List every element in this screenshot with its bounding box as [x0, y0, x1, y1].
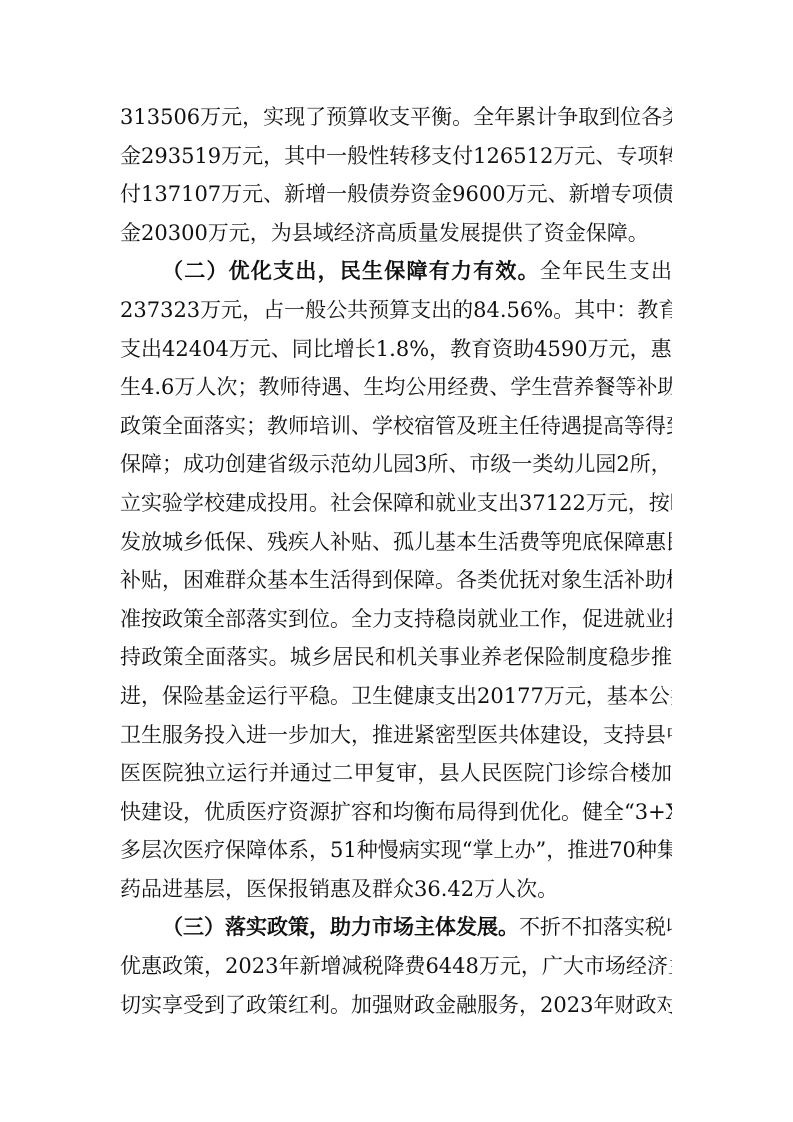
paragraph-line: 优惠政策，2023年新增减税降费6448万元，广大市场经济主体	[120, 947, 672, 986]
section-heading-line: （二）优化支出，民生保障有力有效。全年民生支出	[120, 252, 672, 291]
paragraph-line: 发放城乡低保、残疾人补贴、孤儿基本生活费等兜底保障惠民	[120, 523, 672, 562]
paragraph-line: 金293519万元，其中一般性转移支付126512万元、专项转移支	[120, 137, 672, 176]
paragraph-line: 237323万元，占一般公共预算支出的84.56%。其中：教育事业	[120, 291, 672, 330]
paragraph-line: 进，保险基金运行平稳。卫生健康支出20177万元，基本公共	[120, 677, 672, 716]
paragraph-line: 准按政策全部落实到位。全力支持稳岗就业工作，促进就业扶	[120, 600, 672, 639]
paragraph-text: 不折不扣落实税收	[519, 915, 672, 939]
paragraph-line: 支出42404万元、同比增长1.8%，教育资助4590万元，惠及学	[120, 330, 672, 369]
paragraph-line: 药品进基层，医保报销惠及群众36.42万人次。	[120, 870, 672, 909]
paragraph-line: 持政策全面落实。城乡居民和机关事业养老保险制度稳步推	[120, 638, 672, 677]
section-heading: （三）落实政策，助力市场主体发展。	[162, 914, 519, 939]
section-heading: （二）优化支出，民生保障有力有效。	[162, 258, 540, 283]
paragraph-line: 医医院独立运行并通过二甲复审，县人民医院门诊综合楼加	[120, 754, 672, 793]
paragraph-line: 金20300万元，为县域经济高质量发展提供了资金保障。	[120, 214, 672, 253]
document-page: 313506万元，实现了预算收支平衡。全年累计争取到位各类资 金293519万元…	[120, 98, 672, 1024]
paragraph-line: 快建设，优质医疗资源扩容和均衡布局得到优化。健全“3+X”	[120, 793, 672, 832]
paragraph-line: 313506万元，实现了预算收支平衡。全年累计争取到位各类资	[120, 98, 672, 137]
paragraph-line: 保障；成功创建省级示范幼儿园3所、市级一类幼儿园2所，天	[120, 445, 672, 484]
paragraph-line: 政策全面落实；教师培训、学校宿管及班主任待遇提高等得到	[120, 407, 672, 446]
paragraph-line: 多层次医疗保障体系，51种慢病实现“掌上办”，推进70种集采	[120, 831, 672, 870]
section-heading-line: （三）落实政策，助力市场主体发展。不折不扣落实税收	[120, 908, 672, 947]
paragraph-line: 切实享受到了政策红利。加强财政金融服务，2023年财政对各	[120, 986, 672, 1025]
paragraph-line: 立实验学校建成投用。社会保障和就业支出37122万元，按时	[120, 484, 672, 523]
paragraph-text: 全年民生支出	[540, 259, 672, 283]
paragraph-line: 卫生服务投入进一步加大，推进紧密型医共体建设，支持县中	[120, 716, 672, 755]
paragraph-line: 补贴，困难群众基本生活得到保障。各类优抚对象生活补助标	[120, 561, 672, 600]
paragraph-line: 生4.6万人次；教师待遇、生均公用经费、学生营养餐等补助	[120, 368, 672, 407]
paragraph-line: 付137107万元、新增一般债券资金9600万元、新增专项债券资	[120, 175, 672, 214]
